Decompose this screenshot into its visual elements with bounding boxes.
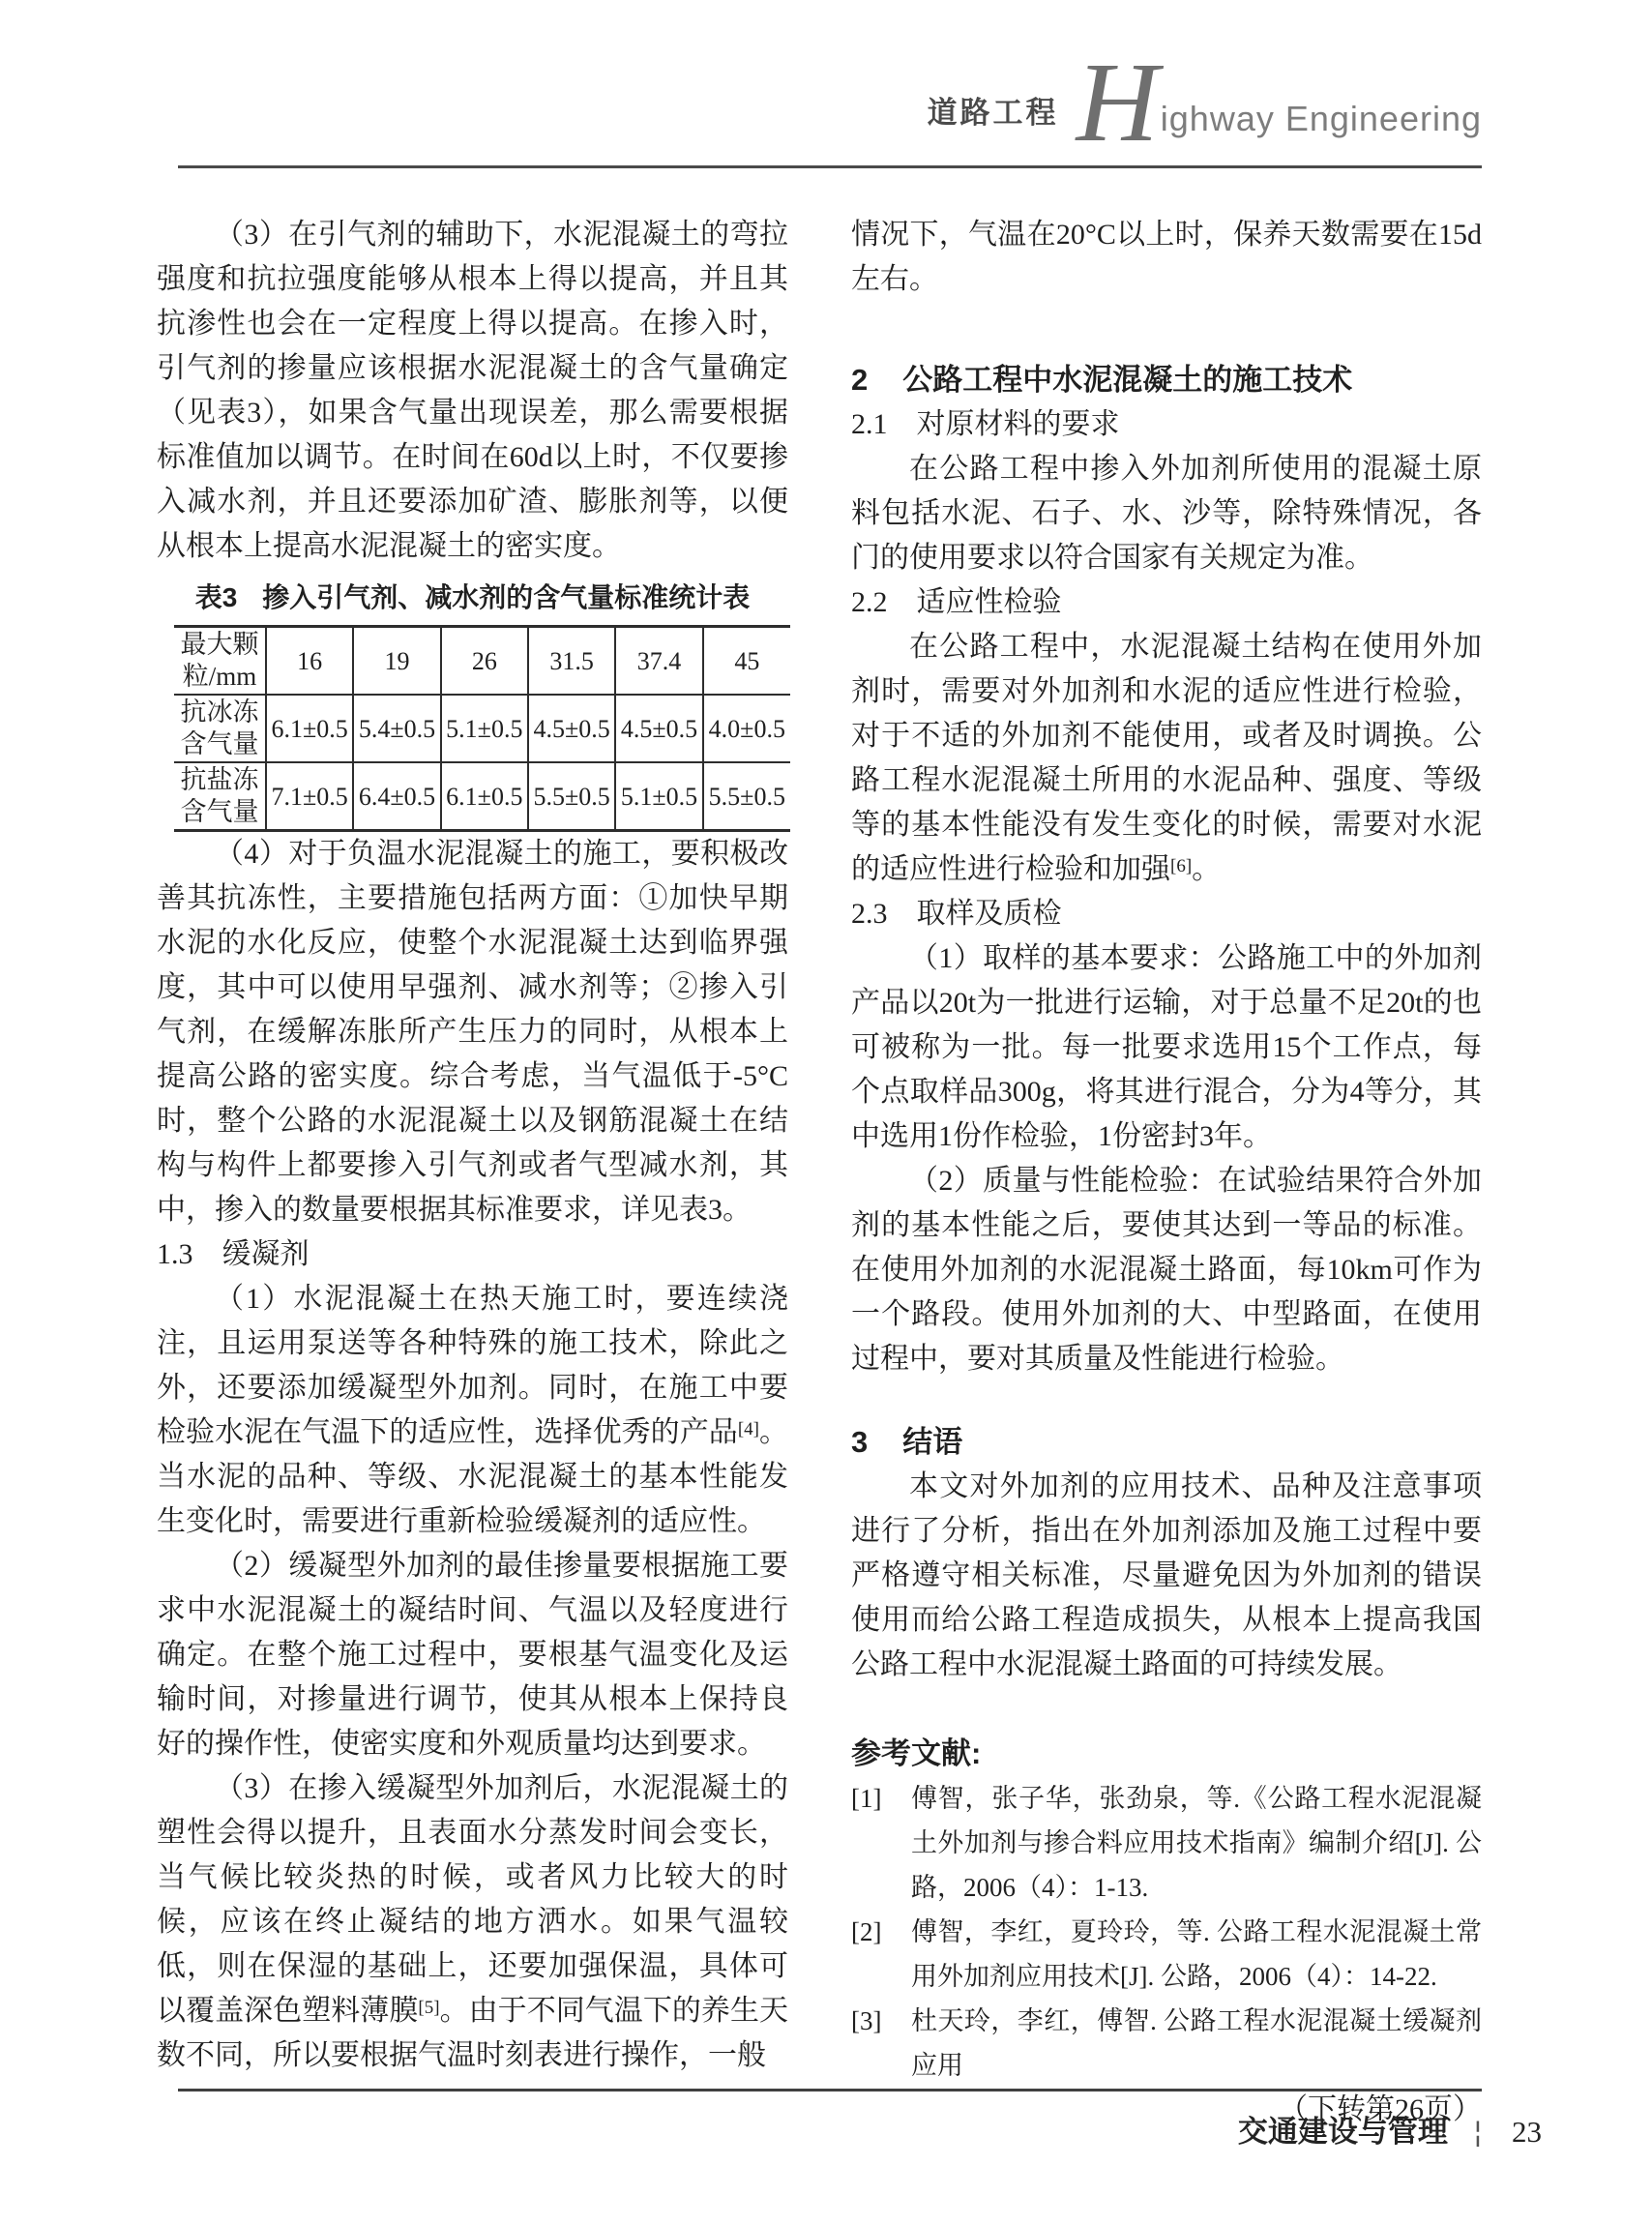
reference-label: [1] [851, 1776, 911, 1910]
air-content-table: 最大颗粒/mm 16 19 26 31.5 37.4 45 抗冰冻含气量 6.1… [174, 625, 790, 832]
table-header-cell: 26 [441, 627, 528, 696]
reference-item-3: [3] 杜天玲，李红，傅智. 公路工程水泥混凝土缓凝剂应用 [851, 1999, 1482, 2088]
heading-2-construction-tech: 2公路工程中水泥混凝土的施工技术 [851, 358, 1482, 402]
table-cell: 4.0±0.5 [703, 695, 790, 762]
heading-2-2-adaptability-test: 2.2适应性检验 [851, 580, 1482, 625]
table-header-cell: 19 [353, 627, 440, 696]
table-header-cell: 45 [703, 627, 790, 696]
table-3-caption: 掺入引气剂、减水剂的含气量标准统计表 [262, 582, 750, 612]
header-rule [178, 165, 1482, 168]
reference-label: [3] [851, 1999, 911, 2088]
paragraph-negative-temp-4: （4）对于负温水泥混凝土的施工，要积极改善其抗冻性，主要措施包括两方面：①加快早… [157, 832, 788, 1232]
journal-name: 交通建设与管理 [1238, 2107, 1448, 2151]
section-title-initial: H [1077, 58, 1159, 147]
table-row: 抗冰冻含气量 6.1±0.5 5.4±0.5 5.1±0.5 4.5±0.5 4… [174, 695, 790, 762]
heading-2-1-raw-materials: 2.1对原材料的要求 [851, 402, 1482, 447]
reference-item-1: [1] 傅智，张子华，张劲泉，等.《公路工程水泥混凝土外加剂与掺合料应用技术指南… [851, 1776, 1482, 1910]
table-row-label: 抗冰冻含气量 [174, 695, 266, 762]
reference-text: 杜天玲，李红，傅智. 公路工程水泥混凝土缓凝剂应用 [911, 1999, 1482, 2088]
table-row: 抗盐冻含气量 7.1±0.5 6.4±0.5 6.1±0.5 5.5±0.5 5… [174, 762, 790, 831]
heading-number: 2.2 [851, 586, 888, 618]
reference-item-2: [2] 傅智，李红，夏玲玲，等. 公路工程水泥混凝土常用外加剂应用技术[J]. … [851, 1910, 1482, 1999]
reference-text: 傅智，李红，夏玲玲，等. 公路工程水泥混凝土常用外加剂应用技术[J]. 公路，2… [911, 1910, 1482, 1999]
paragraph-text: （1）水泥混凝土在热天施工时，要连续浇注，且运用泵送等各种特殊的施工技术，除此之… [157, 1283, 788, 1448]
heading-text: 取样及质检 [917, 898, 1062, 930]
paragraph-continuation: 情况下，气温在20°C以上时，保养天数需要在15d左右。 [851, 213, 1482, 302]
citation-superscript-4: [4] [738, 1419, 759, 1439]
heading-1-3-retarder: 1.3缓凝剂 [157, 1232, 788, 1277]
table-header-cell: 16 [266, 627, 353, 696]
footer-rule [178, 2089, 1482, 2091]
table-row: 最大颗粒/mm 16 19 26 31.5 37.4 45 [174, 627, 790, 696]
paragraph-retarder-1: （1）水泥混凝土在热天施工时，要连续浇注，且运用泵送等各种特殊的施工技术，除此之… [157, 1277, 788, 1544]
table-cell: 6.1±0.5 [441, 762, 528, 831]
citation-superscript-6: [6] [1170, 856, 1192, 876]
paragraph-sampling: （1）取样的基本要求：公路施工中的外加剂产品以20t为一批进行运输，对于总量不足… [851, 936, 1482, 1159]
heading-number: 2.3 [851, 898, 888, 930]
table-cell: 5.1±0.5 [441, 695, 528, 762]
heading-text: 缓凝剂 [222, 1238, 310, 1270]
table-3-label: 表3 [195, 582, 238, 612]
table-cell: 4.5±0.5 [615, 695, 702, 762]
references-heading: 参考文献: [851, 1732, 1482, 1776]
table-header-cell: 37.4 [615, 627, 702, 696]
heading-number: 1.3 [157, 1238, 193, 1270]
paragraph-raw-materials: 在公路工程中掺入外加剂所使用的混凝土原料包括水泥、石子、水、沙等，除特殊情况，各… [851, 447, 1482, 580]
journal-page: 道路工程 H ighway Engineering （3）在引气剂的辅助下，水泥… [0, 0, 1652, 2225]
citation-superscript-5: [5] [418, 1998, 439, 2018]
heading-number: 3 [851, 1425, 868, 1459]
footer-separator: ¦ [1473, 2116, 1483, 2150]
table-cell: 4.5±0.5 [528, 695, 615, 762]
page-header: 道路工程 H ighway Engineering [178, 58, 1482, 147]
heading-text: 公路工程中水泥混凝土的施工技术 [902, 363, 1352, 397]
table-3-title: 表3掺入引气剂、减水剂的含气量标准统计表 [157, 580, 788, 615]
section-title-en: ighway Engineering [1161, 99, 1482, 147]
left-column: （3）在引气剂的辅助下，水泥混凝土的弯拉强度和抗拉强度能够从根本上得以提高，并且… [157, 213, 788, 2078]
table-cell: 5.5±0.5 [528, 762, 615, 831]
paragraph-quality-check: （2）质量与性能检验：在试验结果符合外加剂的基本性能之后，要使其达到一等品的标准… [851, 1159, 1482, 1381]
table-cell: 7.1±0.5 [266, 762, 353, 831]
paragraph-retarder-2: （2）缓凝型外加剂的最佳掺量要根据施工要求中水泥混凝土的凝结时间、气温以及轻度进… [157, 1544, 788, 1766]
section-title-cn: 道路工程 [928, 88, 1059, 147]
table-cell: 6.4±0.5 [353, 762, 440, 831]
reference-text: 傅智，张子华，张劲泉，等.《公路工程水泥混凝土外加剂与掺合料应用技术指南》编制介… [911, 1776, 1482, 1910]
page-number: 23 [1512, 2115, 1542, 2150]
heading-number: 2 [851, 363, 868, 397]
paragraph-adaptability: 在公路工程中，水泥混凝土结构在使用外加剂时，需要对外加剂和水泥的适应性进行检验，… [851, 625, 1482, 892]
table-cell: 5.5±0.5 [703, 762, 790, 831]
paragraph-text: 。 [1192, 853, 1221, 885]
paragraph-retarder-3: （3）在掺入缓凝型外加剂后，水泥混凝土的塑性会得以提升，且表面水分蒸发时间会变长… [157, 1766, 788, 2078]
paragraph-air-entraining-3: （3）在引气剂的辅助下，水泥混凝土的弯拉强度和抗拉强度能够从根本上得以提高，并且… [157, 213, 788, 569]
heading-text: 适应性检验 [917, 586, 1062, 618]
right-column: 情况下，气温在20°C以上时，保养天数需要在15d左右。 2公路工程中水泥混凝土… [851, 213, 1482, 2132]
table-header-cell: 31.5 [528, 627, 615, 696]
paragraph-text: （3）在掺入缓凝型外加剂后，水泥混凝土的塑性会得以提升，且表面水分蒸发时间会变长… [157, 1772, 788, 2027]
reference-label: [2] [851, 1910, 911, 1999]
heading-text: 结语 [902, 1425, 962, 1459]
table-cell: 5.1±0.5 [615, 762, 702, 831]
page-footer: 交通建设与管理 ¦ 23 [178, 2107, 1542, 2151]
table-cell: 5.4±0.5 [353, 695, 440, 762]
table-header-cell: 最大颗粒/mm [174, 627, 266, 696]
heading-2-3-sampling-qc: 2.3取样及质检 [851, 892, 1482, 936]
heading-3-conclusion: 3结语 [851, 1420, 1482, 1465]
table-row-label: 抗盐冻含气量 [174, 762, 266, 831]
heading-text: 对原材料的要求 [917, 408, 1120, 440]
paragraph-text: 在公路工程中，水泥混凝土结构在使用外加剂时，需要对外加剂和水泥的适应性进行检验，… [851, 631, 1482, 885]
table-cell: 6.1±0.5 [266, 695, 353, 762]
heading-number: 2.1 [851, 408, 888, 440]
paragraph-conclusion: 本文对外加剂的应用技术、品种及注意事项进行了分析，指出在外加剂添加及施工过程中要… [851, 1465, 1482, 1687]
